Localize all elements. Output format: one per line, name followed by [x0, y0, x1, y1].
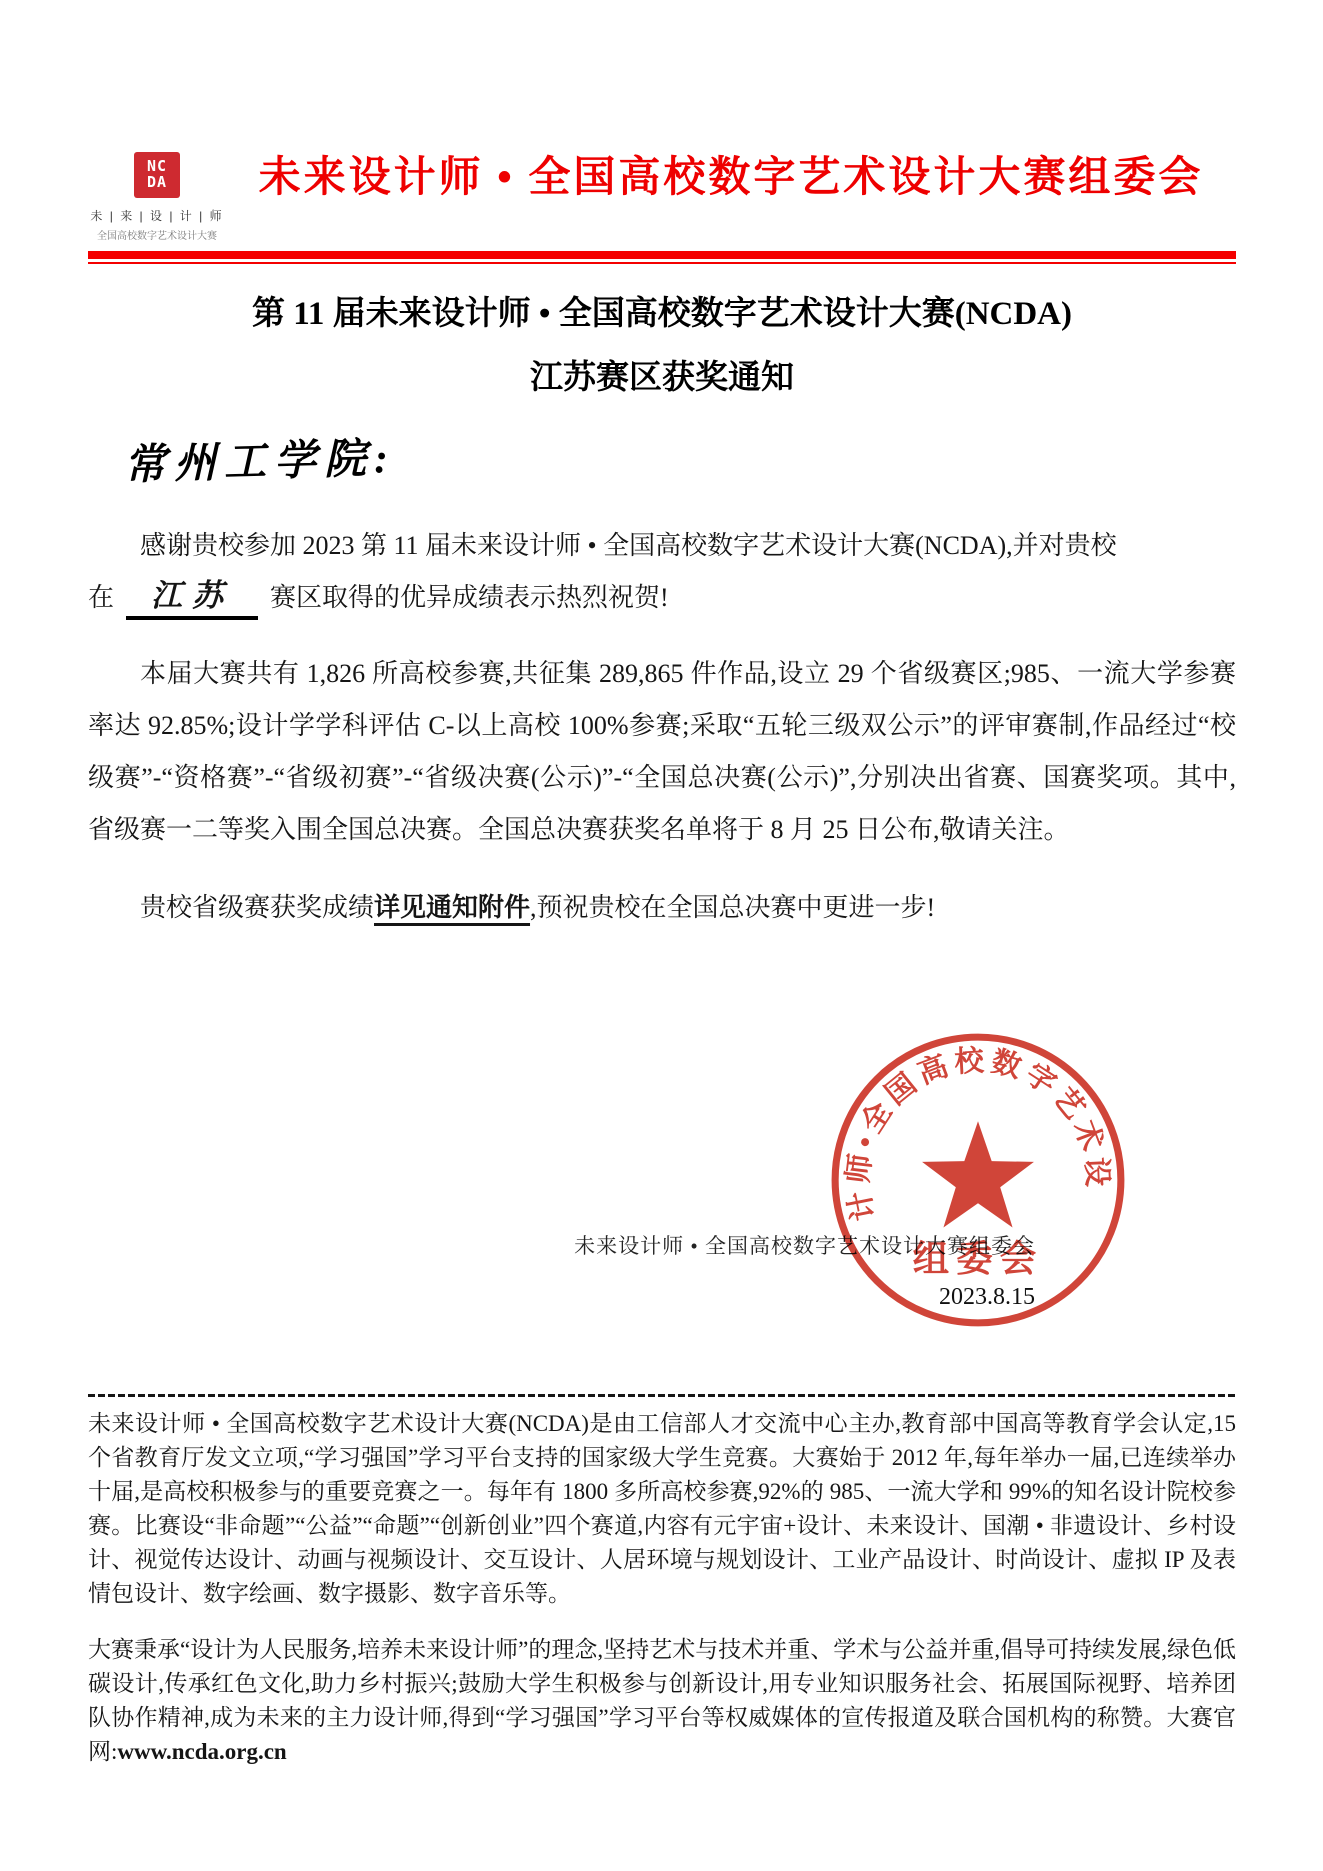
dashed-divider [88, 1394, 1236, 1397]
logo-name: 未 | 来 | 设 | 计 | 师 [90, 207, 223, 224]
footer-paragraph-mission: 大赛秉承“设计为人民服务,培养未来设计师”的理念,坚持艺术与技术并重、学术与公益… [88, 1633, 1236, 1769]
region-blank-handwritten: 江苏 [126, 576, 258, 620]
footer-about: 未来设计师 • 全国高校数字艺术设计大赛(NCDA)是由工信部人才交流中心主办,… [88, 1407, 1236, 1769]
letter-page: NC DA 未 | 来 | 设 | 计 | 师 全国高校数字艺术设计大赛 未来设… [0, 0, 1323, 1871]
paragraph-attachment-note: 贵校省级赛获奖成绩详见通知附件,预祝贵校在全国总决赛中更进一步! [88, 882, 1236, 934]
attachment-note-suffix: ,预祝贵校在全国总决赛中更进一步! [530, 893, 935, 922]
document-title: 第 11 届未来设计师 • 全国高校数字艺术设计大赛(NCDA) 江苏赛区获奖通… [88, 282, 1236, 410]
document-title-line2: 江苏赛区获奖通知 [88, 346, 1236, 410]
paragraph-thanks-line1: 感谢贵校参加 2023 第 11 届未来设计师 • 全国高校数字艺术设计大赛(N… [140, 531, 1117, 560]
header-rule [88, 251, 1236, 264]
logo-monogram-bottom: DA [147, 175, 167, 191]
seal-star-icon [922, 1121, 1034, 1227]
letter-body: 第 11 届未来设计师 • 全国高校数字艺术设计大赛(NCDA) 江苏赛区获奖通… [88, 282, 1236, 934]
official-seal-stamp: 未来设计师•全国高校数字艺术设计大赛 组委会 [826, 1028, 1130, 1332]
logo-tagline: 全国高校数字艺术设计大赛 [97, 227, 217, 242]
letterhead: NC DA 未 | 来 | 设 | 计 | 师 全国高校数字艺术设计大赛 未来设… [88, 124, 1236, 242]
paragraph-thanks-prefix: 在 [88, 583, 114, 612]
attachment-note-emphasis: 详见通知附件 [374, 893, 530, 922]
paragraph-statistics: 本届大赛共有 1,826 所高校参赛,共征集 289,865 件作品,设立 29… [88, 648, 1236, 856]
seal-center-label: 组委会 [913, 1238, 1044, 1279]
salutation-school-name: 常州工学院: [123, 403, 1236, 492]
organizer-title: 未来设计师 • 全国高校数字艺术设计大赛组委会 [226, 124, 1236, 204]
header-rule-thin [88, 262, 1236, 264]
footer-paragraph-intro: 未来设计师 • 全国高校数字艺术设计大赛(NCDA)是由工信部人才交流中心主办,… [88, 1407, 1236, 1611]
ncda-logo: NC DA 未 | 来 | 设 | 计 | 师 全国高校数字艺术设计大赛 [88, 124, 226, 242]
footer-website-url: www.ncda.org.cn [117, 1739, 286, 1764]
document-title-line1: 第 11 届未来设计师 • 全国高校数字艺术设计大赛(NCDA) [88, 282, 1236, 346]
header-rule-thick [88, 251, 1236, 259]
paragraph-thanks: 感谢贵校参加 2023 第 11 届未来设计师 • 全国高校数字艺术设计大赛(N… [88, 520, 1236, 624]
paragraph-thanks-suffix: 赛区取得的优异成绩表示热烈祝贺! [270, 583, 669, 612]
attachment-note-prefix: 贵校省级赛获奖成绩 [140, 893, 374, 922]
ncda-logo-mark-icon: NC DA [134, 152, 180, 198]
